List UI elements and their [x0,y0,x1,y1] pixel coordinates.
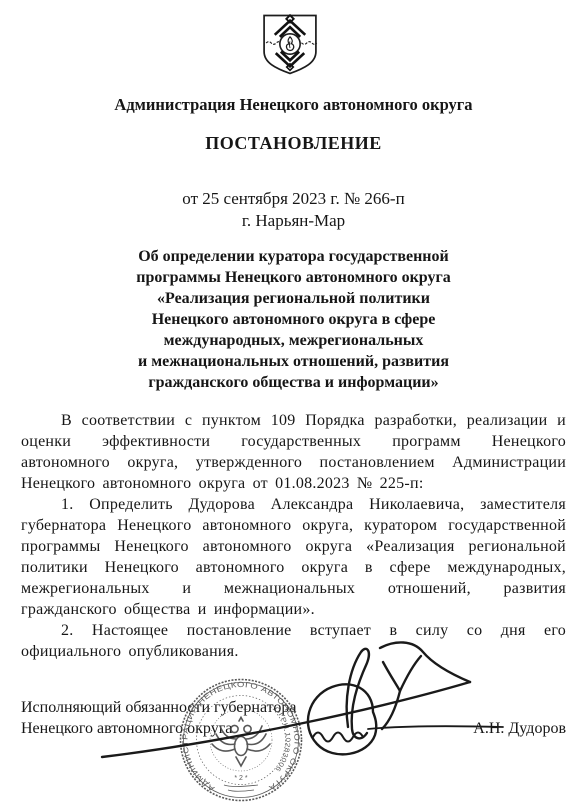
paragraph-preamble: В соответствии с пунктом 109 Порядка раз… [21,410,566,494]
doc-title-line: гражданского общества и информации» [0,372,587,393]
doc-title: Об определении куратора государственной … [0,246,587,393]
doc-title-line: и межнациональных отношений, развития [0,351,587,372]
org-name: Администрация Ненецкого автономного окру… [0,95,587,115]
doc-title-line: «Реализация региональной политики [0,288,587,309]
doc-type-heading: ПОСТАНОВЛЕНИЕ [0,133,587,154]
doc-title-line: международных, межрегиональных [0,330,587,351]
paragraph-item-2: 2. Настоящее постановление вступает в си… [21,620,566,662]
signer-name: А.Н. Дудоров [473,718,566,739]
nenets-okrug-coat-of-arms-icon [261,13,319,76]
paragraph-item-1: 1. Определить Дудорова Александра Никола… [21,494,566,620]
body-text: В соответствии с пунктом 109 Порядка раз… [21,410,566,662]
document-page: Администрация Ненецкого автономного окру… [0,0,587,807]
doc-title-line: Ненецкого автономного округа в сфере [0,309,587,330]
city-line: г. Нарьян-Мар [0,211,587,231]
doc-title-line: программы Ненецкого автономного округа [0,267,587,288]
doc-title-line: Об определении куратора государственной [0,246,587,267]
round-official-seal-icon: АДМИНИСТРАЦИЯ НЕНЕЦКОГО АВТОНОМНОГО ОКРУ… [178,677,304,803]
stamp-eagle-emblem [212,717,270,766]
stamp-fine-print [224,785,258,791]
date-line: от 25 сентября 2023 г. № 266-п [0,189,587,209]
stamp-center-mark: * 2 * [234,775,248,782]
